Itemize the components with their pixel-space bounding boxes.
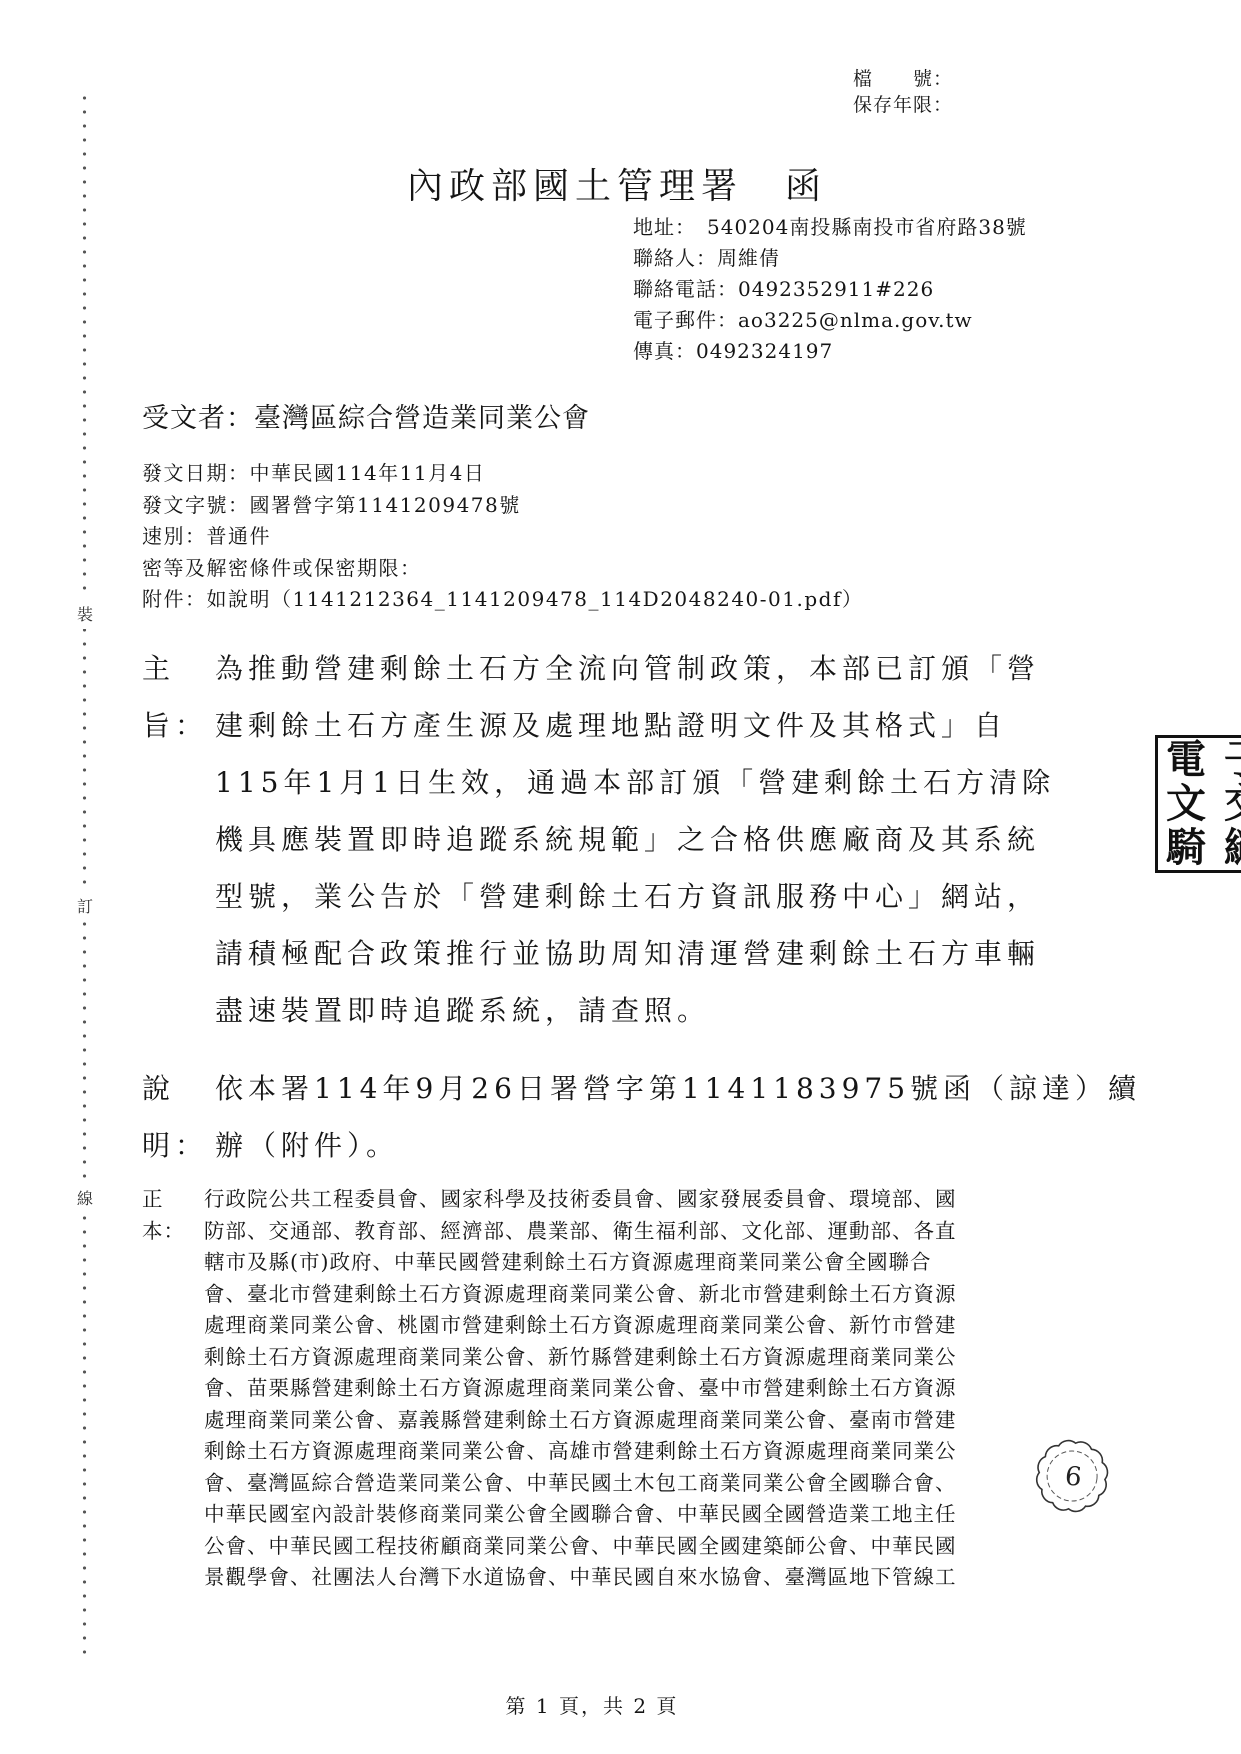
copy-to-line: 景觀學會、社團法人台灣下水道協會、中華民國自來水協會、臺灣區地下管線工 (204, 1562, 957, 1594)
exchange-stamp-row: 騎縫 (1158, 826, 1241, 870)
subject-line: 型號，業公告於「營建剩餘土石方資訊服務中心」網站， (215, 868, 1055, 925)
sender-email: 電子郵件：ao3225@nlma.gov.tw (633, 305, 1027, 336)
exchange-stamp-row: 文交 (1158, 782, 1241, 826)
copy-to-section: 正本： 行政院公共工程委員會、國家科學及技術委員會、國家發展委員會、環境部、國 … (142, 1184, 957, 1594)
subject-line: 為推動營建剩餘土石方全流向管制政策，本部已訂頒「營 (215, 640, 1055, 697)
sender-address: 地址： 540204南投縣南投市省府路38號 (633, 212, 1027, 243)
classification-line: 密等及解密條件或保密期限： (142, 553, 863, 585)
copy-to-line: 會、臺灣區綜合營造業同業公會、中華民國土木包工商業同業公會全國聯合會、 (204, 1468, 957, 1500)
issue-number-line: 發文字號：國署營字第1141209478號 (142, 490, 863, 522)
subject-line: 請積極配合政策推行並協助周知清運營建剩餘土石方車輛 (215, 925, 1055, 982)
subject-section: 主旨： 為推動營建剩餘土石方全流向管制政策，本部已訂頒「營 建剩餘土石方產生源及… (142, 640, 1055, 1039)
file-number-block: 檔 號： 保存年限： (853, 66, 953, 118)
document-title: 內政部國土管理署 函 (142, 158, 1092, 209)
sender-contact-person: 聯絡人：周維倩 (633, 243, 1027, 274)
seal-page-number: 6 (1063, 1461, 1083, 1493)
copy-to-line: 剩餘土石方資源處理商業同業公會、高雄市營建剩餘土石方資源處理商業同業公 (204, 1436, 957, 1468)
copy-to-lines: 行政院公共工程委員會、國家科學及技術委員會、國家發展委員會、環境部、國 防部、交… (204, 1184, 957, 1594)
issue-date-line: 發文日期：中華民國114年11月4日 (142, 458, 863, 490)
binding-mark-zhuang: 裝 (73, 598, 97, 629)
copy-to-label: 正本： (142, 1184, 204, 1247)
subject-line: 機具應裝置即時追蹤系統規範」之合格供應廠商及其系統 (215, 811, 1055, 868)
explanation-line: 依本署114年9月26日署營字第1141183975號函（諒達）續 (215, 1060, 1141, 1117)
official-letter-page: 裝 訂 線 檔 號： 保存年限： 內政部國土管理署 函 地址： 540204南投… (0, 0, 1241, 1754)
explanation-lines: 依本署114年9月26日署營字第1141183975號函（諒達）續 辦（附件）。 (215, 1060, 1141, 1174)
retention-period-label: 保存年限： (853, 92, 953, 118)
copy-to-line: 剩餘土石方資源處理商業同業公會、新竹縣營建剩餘土石方資源處理商業同業公 (204, 1342, 957, 1374)
copy-to-line: 處理商業同業公會、嘉義縣營建剩餘土石方資源處理商業同業公會、臺南市營建 (204, 1405, 957, 1437)
exchange-stamp-row: 電子 (1158, 738, 1241, 782)
document-meta-block: 發文日期：中華民國114年11月4日 發文字號：國署營字第1141209478號… (142, 458, 863, 616)
binding-mark-ding: 訂 (73, 890, 97, 921)
explanation-line: 辦（附件）。 (215, 1117, 1141, 1174)
subject-label: 主旨： (142, 640, 215, 754)
file-number-label: 檔 號： (853, 66, 953, 92)
sender-phone: 聯絡電話：0492352911#226 (633, 274, 1027, 305)
copy-to-line: 會、臺北市營建剩餘土石方資源處理商業同業公會、新北市營建剩餘土石方資源 (204, 1279, 957, 1311)
binding-dotted-line (82, 95, 87, 1660)
priority-line: 速別：普通件 (142, 521, 863, 553)
sender-fax: 傳真：0492324197 (633, 336, 1027, 367)
copy-to-line: 防部、交通部、教育部、經濟部、農業部、衛生福利部、文化部、運動部、各直 (204, 1216, 957, 1248)
binding-mark-xian: 線 (73, 1182, 97, 1213)
explanation-section: 說明： 依本署114年9月26日署營字第1141183975號函（諒達）續 辦（… (142, 1060, 1141, 1174)
explanation-label: 說明： (142, 1060, 215, 1174)
attachment-line: 附件：如說明（1141212364_1141209478_114D2048240… (142, 584, 863, 616)
copy-to-line: 處理商業同業公會、桃園市營建剩餘土石方資源處理商業同業公會、新竹市營建 (204, 1310, 957, 1342)
copy-to-line: 行政院公共工程委員會、國家科學及技術委員會、國家發展委員會、環境部、國 (204, 1184, 957, 1216)
page-footer: 第 1 頁，共 2 頁 (142, 1690, 1042, 1719)
copy-to-line: 會、苗栗縣營建剩餘土石方資源處理商業同業公會、臺中市營建剩餘土石方資源 (204, 1373, 957, 1405)
recipient-line: 受文者：臺灣區綜合營造業同業公會 (142, 396, 590, 435)
copy-to-line: 中華民國室內設計裝修商業同業公會全國聯合會、中華民國全國營造業工地主任 (204, 1499, 957, 1531)
subject-line: 115年1月1日生效，通過本部訂頒「營建剩餘土石方清除 (215, 754, 1055, 811)
subject-lines: 為推動營建剩餘土石方全流向管制政策，本部已訂頒「營 建剩餘土石方產生源及處理地點… (215, 640, 1055, 1039)
subject-line: 盡速裝置即時追蹤系統，請查照。 (215, 982, 1055, 1039)
electronic-exchange-stamp: 電子 文交 騎縫 (1155, 735, 1241, 873)
page-number-seal: 6 (1028, 1428, 1117, 1526)
sender-info-block: 地址： 540204南投縣南投市省府路38號 聯絡人：周維倩 聯絡電話：0492… (633, 212, 1027, 367)
copy-to-line: 轄市及縣(市)政府、中華民國營建剩餘土石方資源處理商業同業公會全國聯合 (204, 1247, 957, 1279)
copy-to-line: 公會、中華民國工程技術顧商業同業公會、中華民國全國建築師公會、中華民國 (204, 1531, 957, 1563)
subject-line: 建剩餘土石方產生源及處理地點證明文件及其格式」自 (215, 697, 1055, 754)
